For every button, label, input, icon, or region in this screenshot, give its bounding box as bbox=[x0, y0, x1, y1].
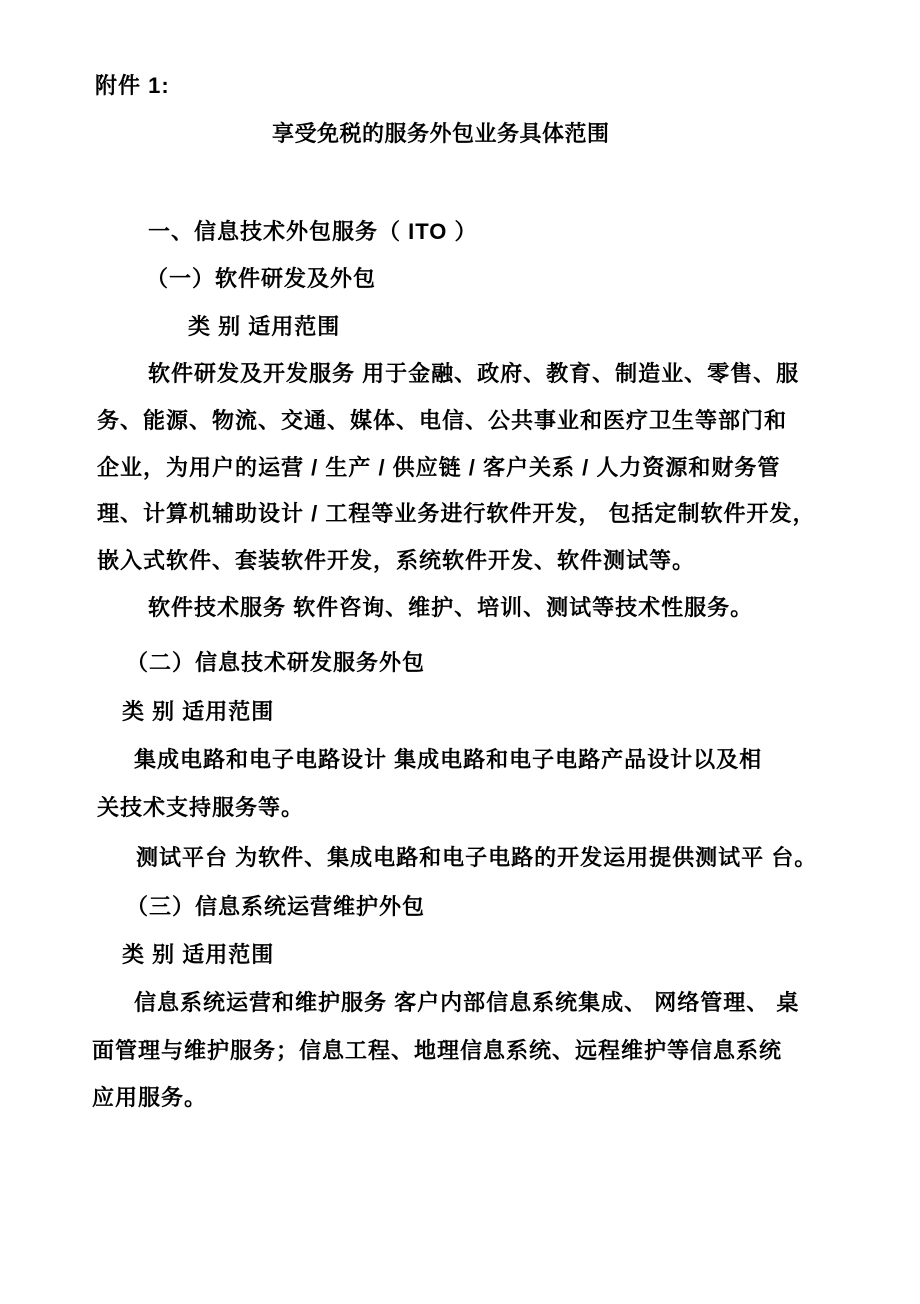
document-line: 类 别 适用范围 bbox=[188, 314, 340, 340]
document-line: 理、计算机辅助设计 / 工程等业务进行软件开发， 包括定制软件开发， bbox=[97, 501, 815, 527]
document-line: 关技术支持服务等。 bbox=[97, 795, 304, 821]
document-line: （三）信息系统运营维护外包 bbox=[126, 894, 425, 920]
document-line: （二）信息技术研发服务外包 bbox=[126, 650, 425, 676]
document-line: 一、信息技术外包服务（ ITO ） bbox=[148, 219, 478, 245]
document-line: 嵌入式软件、套装软件开发，系统软件开发、软件测试等。 bbox=[97, 548, 695, 574]
document-line: 信息系统运营和维护服务 客户内部信息系统集成、 网络管理、 桌 bbox=[134, 990, 799, 1016]
document-line: 测试平台 为软件、集成电路和电子电路的开发运用提供测试平 台。 bbox=[136, 845, 817, 871]
document-line: 务、能源、物流、交通、媒体、电信、公共事业和医疗卫生等部门和 bbox=[97, 408, 787, 434]
document-line: 软件技术服务 软件咨询、维护、培训、测试等技术性服务。 bbox=[148, 595, 753, 621]
document-line: 应用服务。 bbox=[92, 1085, 207, 1111]
document-page: 附件 1: 享受免税的服务外包业务具体范围 一、信息技术外包服务（ ITO ）（… bbox=[0, 0, 920, 1304]
document-line: 类 别 适用范围 bbox=[122, 942, 274, 968]
document-line: （一）软件研发及外包 bbox=[146, 266, 376, 292]
document-line: 集成电路和电子电路设计 集成电路和电子电路产品设计以及相 bbox=[134, 747, 762, 773]
document-line: 软件研发及开发服务 用于金融、政府、教育、制造业、零售、服 bbox=[148, 361, 799, 387]
document-line: 企业，为用户的运营 / 生产 / 供应链 / 客户关系 / 人力资源和财务管 bbox=[97, 455, 780, 481]
document-title: 享受免税的服务外包业务具体范围 bbox=[272, 121, 610, 147]
attachment-label: 附件 1: bbox=[95, 73, 170, 99]
document-line: 面管理与维护服务；信息工程、地理信息系统、远程维护等信息系统 bbox=[92, 1038, 782, 1064]
document-line: 类 别 适用范围 bbox=[122, 699, 274, 725]
